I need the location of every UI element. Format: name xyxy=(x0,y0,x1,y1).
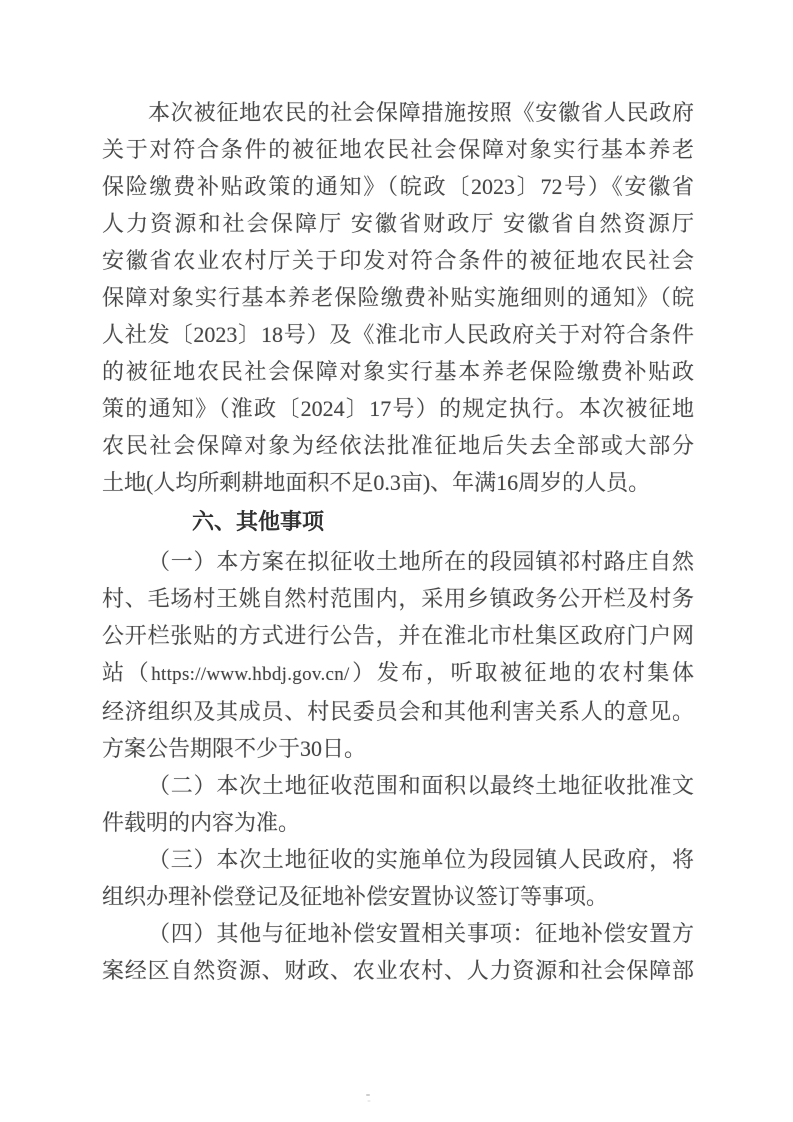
text-run: 件载明的内容为准。 xyxy=(102,810,300,835)
text-line: 的被征地农民社会保障对象实行基本养老保险缴费补贴政 xyxy=(102,353,694,390)
text-run: ）发布，听取被征地的农村集体 xyxy=(350,660,694,685)
text-line: 公开栏张贴的方式进行公告，并在淮北市杜集区政府门户网 xyxy=(102,617,694,654)
text-run: 关于对符合条件的被征地农民社会保障对象实行基本养老 xyxy=(102,137,694,162)
document-body: 本次被征地农民的社会保障措施按照《安徽省人民政府关于对符合条件的被征地农民社会保… xyxy=(102,94,694,989)
text-run: 站（ xyxy=(102,660,151,685)
text-line: 本次被征地农民的社会保障措施按照《安徽省人民政府 xyxy=(102,94,694,131)
text-run: 人社发〔2023〕18号）及《淮北市人民政府关于对符合条件 xyxy=(102,322,694,347)
text-line: 农民社会保障对象为经依法批准征地后失去全部或大部分 xyxy=(102,427,694,464)
text-line: 方案公告期限不少于30日。 xyxy=(102,730,694,767)
scan-artifact xyxy=(366,1094,370,1096)
text-run: 案经区自然资源、财政、农业农村、人力资源和社会保障部 xyxy=(102,958,694,983)
text-run: 公开栏张贴的方式进行公告，并在淮北市杜集区政府门户网 xyxy=(102,623,694,648)
document-page: 本次被征地农民的社会保障措施按照《安徽省人民政府关于对符合条件的被征地农民社会保… xyxy=(0,0,793,1122)
text-line: 安徽省农业农村厅关于印发对符合条件的被征地农民社会 xyxy=(102,242,694,279)
text-run: 安徽省农业农村厅关于印发对符合条件的被征地农民社会 xyxy=(102,248,694,273)
text-line: 保险缴费补贴政策的通知》（皖政〔2023〕72号）《安徽省 xyxy=(102,168,694,205)
section-heading: 六、其他事项 xyxy=(102,501,694,543)
text-line: 经济组织及其成员、村民委员会和其他利害关系人的意见。 xyxy=(102,693,694,730)
text-line: 人力资源和社会保障厅 安徽省财政厅 安徽省自然资源厅 xyxy=(102,205,694,242)
text-run: 本次被征地农民的社会保障措施按照《安徽省人民政府 xyxy=(148,100,694,125)
text-line: （四）其他与征地补偿安置相关事项：征地补偿安置方 xyxy=(102,915,694,952)
text-run: 保险缴费补贴政策的通知》（皖政〔2023〕72号）《安徽省 xyxy=(102,174,694,199)
text-run: （二）本次土地征收范围和面积以最终土地征收批准文 xyxy=(148,773,694,798)
text-run: 六、其他事项 xyxy=(192,509,324,534)
text-line: 关于对符合条件的被征地农民社会保障对象实行基本养老 xyxy=(102,131,694,168)
website-url-text: https://www.hbdj.gov.cn/ xyxy=(151,664,349,685)
text-run: 方案公告期限不少于30日。 xyxy=(102,736,366,761)
text-line: 村、毛场村王姚自然村范围内，采用乡镇政务公开栏及村务 xyxy=(102,580,694,617)
text-run: 人力资源和社会保障厅 安徽省财政厅 安徽省自然资源厅 xyxy=(102,211,694,236)
text-run: 的被征地农民社会保障对象实行基本养老保险缴费补贴政 xyxy=(102,359,694,384)
text-run: （四）其他与征地补偿安置相关事项：征地补偿安置方 xyxy=(148,921,694,946)
text-run: 组织办理补偿登记及征地补偿安置协议签订等事项。 xyxy=(102,884,608,909)
text-line: （一）本方案在拟征收土地所在的段园镇祁村路庄自然 xyxy=(102,543,694,580)
text-run: 土地(人均所剩耕地面积不足0.3亩)、年满16周岁的人员。 xyxy=(102,470,650,495)
text-run: 经济组织及其成员、村民委员会和其他利害关系人的意见。 xyxy=(102,699,694,724)
text-run: （一）本方案在拟征收土地所在的段园镇祁村路庄自然 xyxy=(148,549,694,574)
text-line: 保障对象实行基本养老保险缴费补贴实施细则的通知》（皖 xyxy=(102,279,694,316)
text-line: （二）本次土地征收范围和面积以最终土地征收批准文 xyxy=(102,767,694,804)
text-line: 案经区自然资源、财政、农业农村、人力资源和社会保障部 xyxy=(102,952,694,989)
text-run: 策的通知》（淮政〔2024〕17号）的规定执行。本次被征地 xyxy=(102,396,694,421)
text-run: 保障对象实行基本养老保险缴费补贴实施细则的通知》（皖 xyxy=(102,285,694,310)
text-line: 策的通知》（淮政〔2024〕17号）的规定执行。本次被征地 xyxy=(102,390,694,427)
text-line: （三）本次土地征收的实施单位为段园镇人民政府，将 xyxy=(102,841,694,878)
text-line: 件载明的内容为准。 xyxy=(102,804,694,841)
text-run: （三）本次土地征收的实施单位为段园镇人民政府，将 xyxy=(148,847,694,872)
text-run: 农民社会保障对象为经依法批准征地后失去全部或大部分 xyxy=(102,433,694,458)
text-line: 组织办理补偿登记及征地补偿安置协议签订等事项。 xyxy=(102,878,694,915)
text-run: 村、毛场村王姚自然村范围内，采用乡镇政务公开栏及村务 xyxy=(102,586,694,611)
text-line: 人社发〔2023〕18号）及《淮北市人民政府关于对符合条件 xyxy=(102,316,694,353)
text-line: 土地(人均所剩耕地面积不足0.3亩)、年满16周岁的人员。 xyxy=(102,464,694,501)
text-line: 站（https://www.hbdj.gov.cn/）发布，听取被征地的农村集体 xyxy=(102,654,694,693)
